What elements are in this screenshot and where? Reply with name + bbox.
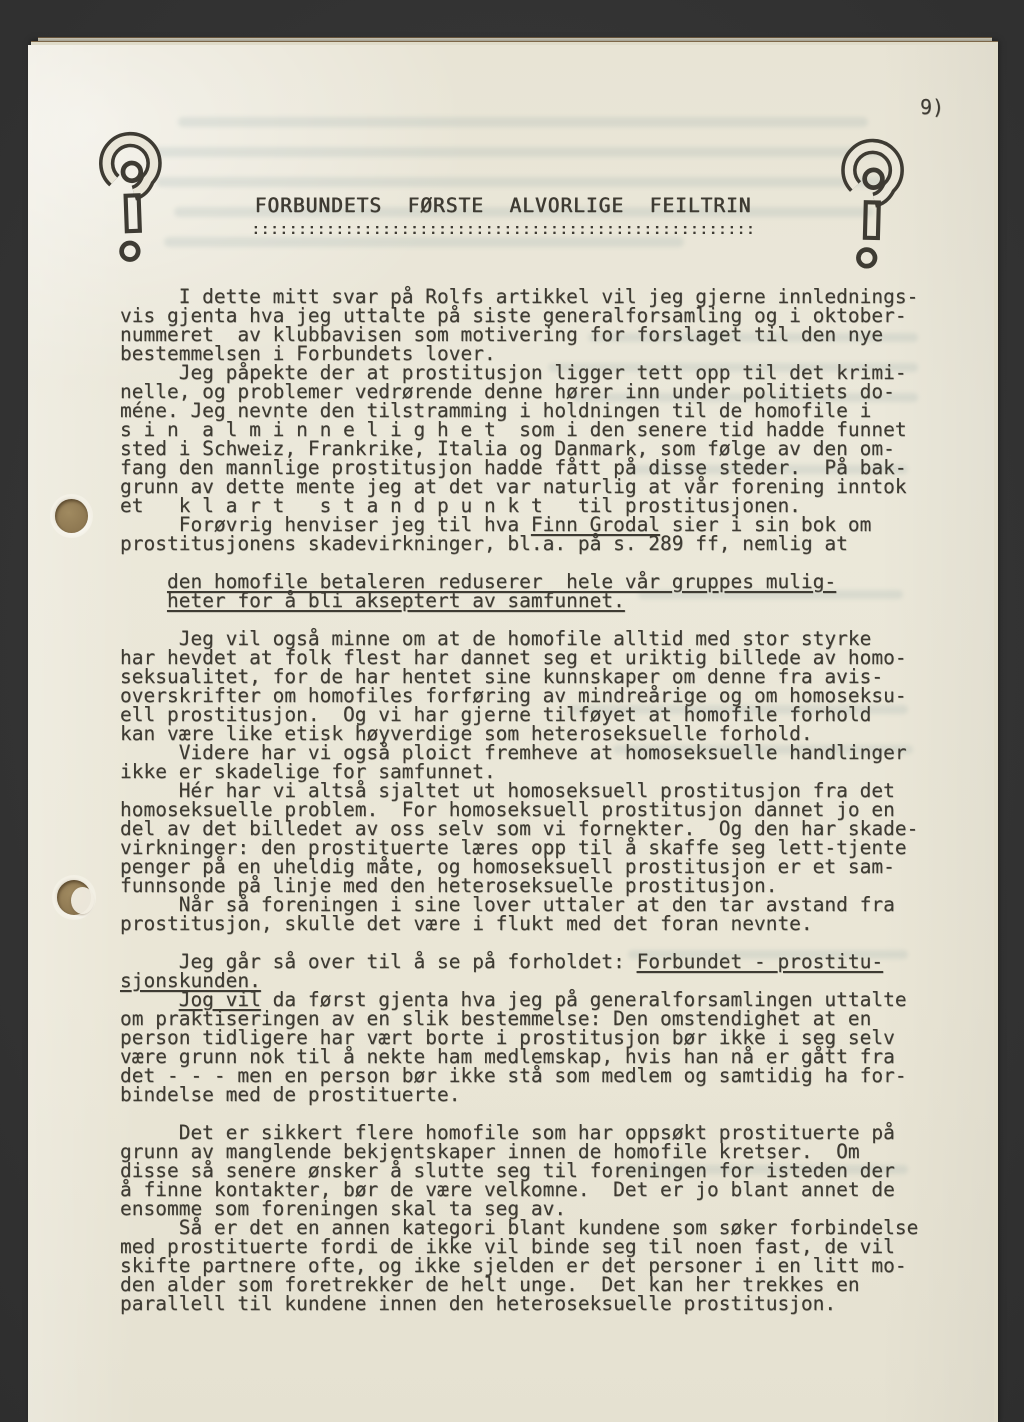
- desk-background: 9) FORBUNDETS FØRSTE ALVORLIGE FEILTRIN: [0, 0, 1024, 1422]
- bleed-through-mark: [156, 177, 886, 187]
- page-title: FORBUNDETS FØRSTE ALVORLIGE FEILTRIN: [218, 194, 788, 217]
- bleed-through-mark: [164, 237, 684, 247]
- bleed-through-mark: [178, 117, 868, 127]
- document-page: 9) FORBUNDETS FØRSTE ALVORLIGE FEILTRIN: [28, 45, 994, 1422]
- hole-punch: [57, 880, 91, 915]
- page-number: 9): [920, 95, 944, 119]
- text-line: parallell til kundene innen den heterose…: [120, 1294, 970, 1313]
- hole-punch: [55, 499, 88, 533]
- title-underline-dots: ::::::::::::::::::::::::::::::::::::::::…: [218, 220, 788, 238]
- screenshot-root: { "page": { "number": "9)", "title": "FO…: [0, 0, 1024, 1422]
- text-line: heter for å bli akseptert av samfunnet.: [120, 591, 970, 610]
- title-block: FORBUNDETS FØRSTE ALVORLIGE FEILTRIN :::…: [218, 194, 788, 238]
- punch-chad: [71, 887, 94, 914]
- text-line: bindelse med de prostituerte.: [120, 1085, 970, 1104]
- question-mark-icon: [834, 134, 914, 278]
- question-mark-icon: [94, 127, 175, 272]
- text-line: prostitusjon, skulle det være i flukt me…: [120, 914, 970, 933]
- text-line: prostitusjonens skadevirkninger, bl.a. p…: [120, 534, 970, 553]
- bleed-through-mark: [146, 147, 891, 157]
- body-text: I dette mitt svar på Rolfs artikkel vil …: [120, 287, 970, 1313]
